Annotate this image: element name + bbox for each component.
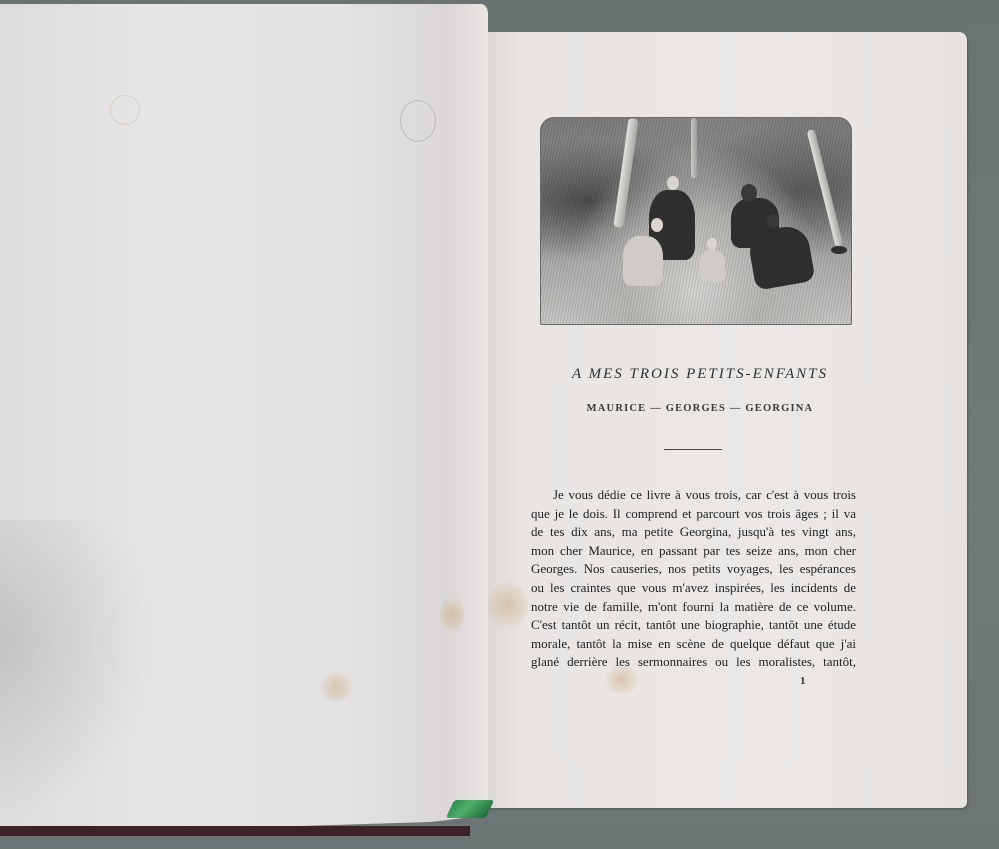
body-line: mon cher Maurice, en passant par tes sei… xyxy=(531,542,856,561)
divider-rule xyxy=(664,449,722,450)
foxing-stain xyxy=(318,672,354,702)
body-line: C'est tantôt un récit, tantôt une biogra… xyxy=(531,616,856,635)
page-curl-shadow xyxy=(0,520,160,820)
figure-head xyxy=(651,218,663,232)
figure-child xyxy=(699,250,725,282)
figure-head xyxy=(667,176,679,190)
tree-trunk xyxy=(691,118,697,178)
offset-mark xyxy=(110,95,140,125)
tree-trunk xyxy=(807,129,844,247)
figure-head xyxy=(707,238,717,250)
body-line: notre vie de famille, m'ont fourni la ma… xyxy=(531,598,856,617)
offset-mark xyxy=(400,100,436,142)
figure-head xyxy=(741,184,757,202)
body-line: morale, tantôt la mise en scène de quelq… xyxy=(531,635,856,654)
engraving-illustration xyxy=(540,117,852,325)
body-line: ou les craintes que vous m'avez inspirée… xyxy=(531,579,856,598)
dedication-names: MAURICE — GEORGES — GEORGINA xyxy=(540,403,860,414)
body-line: que je le dois. Il comprend et parcourt … xyxy=(531,505,856,524)
page-number: 1 xyxy=(800,675,806,687)
body-line: Georges. Nos causeries, nos petits voyag… xyxy=(531,560,856,579)
foxing-stain xyxy=(488,580,528,630)
body-line: de tes dix ans, ma petite Georgina, jusq… xyxy=(531,523,856,542)
figure-girl xyxy=(623,236,663,286)
dedication-body: Je vous dédie ce livre à vous trois, car… xyxy=(531,486,856,672)
dedication-title: A MES TROIS PETITS-ENFANTS xyxy=(540,366,860,383)
book-cover-edge xyxy=(0,826,470,836)
body-line: glané derrière les sermonnaires ou les m… xyxy=(531,653,856,672)
tree-trunk xyxy=(613,118,638,228)
figure-head xyxy=(767,214,779,228)
hat-on-ground xyxy=(831,246,847,254)
body-line: Je vous dédie ce livre à vous trois, car… xyxy=(531,486,856,505)
foxing-stain xyxy=(440,595,464,635)
marbled-endpaper xyxy=(446,800,494,818)
